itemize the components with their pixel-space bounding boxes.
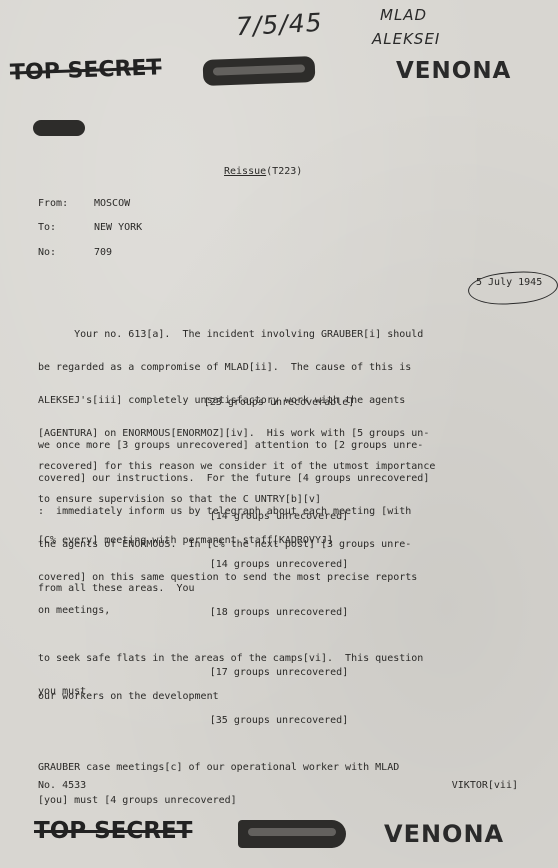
title-reissue: Reissue [224,166,266,177]
signature: VIKTOR[vii] [452,780,518,791]
unrecovered-groups-2: [14 groups unrecovered] [0,511,558,522]
header-to-label: To: [38,222,56,233]
venona-stamp: VENONA [384,820,504,848]
classification-stamp-top: TOP SECRET VENONA [0,52,558,92]
venona-stamp: VENONA [396,58,511,84]
redaction-block [203,56,316,86]
line-4: from all these areas. You [38,583,548,594]
top-secret-stamp: TOP SECRET [34,818,192,844]
header-to-value: NEW YORK [94,222,142,233]
text-line: be regarded as a compromise of MLAD[ii].… [38,362,548,373]
title-reference: (T223) [266,166,302,177]
handwritten-date: 7/5/45 [235,8,323,41]
paragraph-2: we once more [3 groups unrecovered] atte… [38,418,548,638]
text-line: to seek safe flats in the areas of the c… [38,653,548,664]
text-line: [you] must [4 groups unrecovered] [38,795,548,806]
line-6: our workers on the development [38,691,548,702]
text-line: we once more [3 groups unrecovered] atte… [38,440,548,451]
classification-stamp-bottom: TOP SECRET VENONA [0,812,558,852]
message-date: 5 July 1945 [476,277,542,288]
text-line: covered] our instructions. For the futur… [38,473,548,484]
text-line: covered] on this same question to send t… [38,572,548,583]
line-3: [C% every] meeting with permanent staff[… [38,535,548,546]
header-from-value: MOSCOW [94,198,130,209]
redaction-block-small [33,120,85,136]
text-line: GRAUBER case meetings[c] of our operatio… [38,762,548,773]
header-from-label: From: [38,198,68,209]
redaction-block [238,820,346,848]
handwritten-name-aleksei: ALEKSEI [372,30,440,48]
unrecovered-groups-5: [17 groups unrecovered] [0,667,558,678]
unrecovered-groups-1: [23 groups unrecoverable] [0,397,558,408]
top-secret-stamp: TOP SECRET [10,55,162,85]
unrecovered-groups-4: [18 groups unrecovered] [0,607,558,618]
document-title: Reissue(T223) [224,166,302,177]
header-no-value: 709 [94,247,112,258]
unrecovered-groups-3: [14 groups unrecovered] [0,559,558,570]
text-line: Your no. 613[a]. The incident involving … [38,329,548,340]
header-no-label: No: [38,247,56,258]
unrecovered-groups-6: [35 groups unrecovered] [0,715,558,726]
handwritten-name-mlad: MLAD [380,6,427,24]
